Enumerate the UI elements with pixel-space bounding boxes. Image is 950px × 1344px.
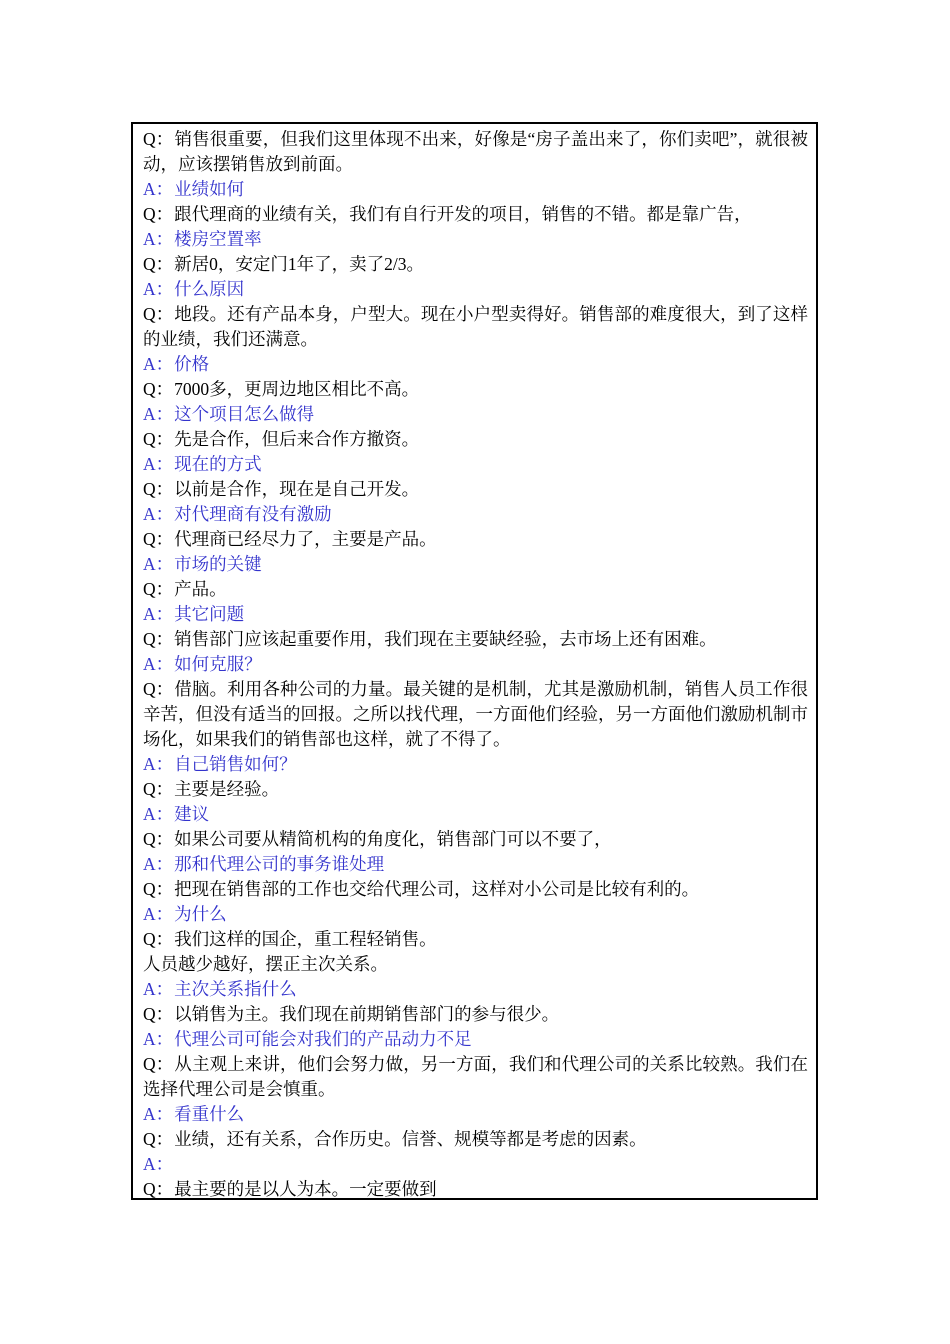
question-prefix: Q： — [143, 679, 174, 699]
question-prefix: Q： — [143, 1054, 174, 1074]
paragraph-text: 人员越少越好，摆正主次关系。 — [143, 954, 388, 974]
question-paragraph: Q：销售部门应该起重要作用，我们现在主要缺经验，去市场上还有困难。 — [143, 627, 808, 652]
paragraph-text: 市场的关键 — [174, 554, 262, 574]
question-paragraph: Q：以前是合作，现在是自己开发。 — [143, 477, 808, 502]
question-prefix: Q： — [143, 529, 174, 549]
question-paragraph: Q：先是合作，但后来合作方撤资。 — [143, 427, 808, 452]
answer-paragraph: A：建议 — [143, 802, 808, 827]
paragraph-text: 建议 — [174, 804, 209, 824]
question-paragraph: Q：业绩，还有关系，合作历史。信誉、规模等都是考虑的因素。 — [143, 1127, 808, 1152]
paragraph-text: 我们这样的国企，重工程轻销售。 — [174, 929, 437, 949]
answer-paragraph: A：楼房空置率 — [143, 227, 808, 252]
paragraph-text: 7000多，更周边地区相比不高。 — [174, 379, 419, 399]
answer-paragraph: A：市场的关键 — [143, 552, 808, 577]
paragraph-text: 以销售为主。我们现在前期销售部门的参与很少。 — [174, 1004, 559, 1024]
answer-prefix: A： — [143, 279, 174, 299]
answer-paragraph: A：价格 — [143, 352, 808, 377]
continuation-paragraph: 人员越少越好，摆正主次关系。 — [143, 952, 808, 977]
answer-prefix: A： — [143, 854, 174, 874]
question-paragraph: Q：跟代理商的业绩有关，我们有自行开发的项目，销售的不错。都是靠广告， — [143, 202, 808, 227]
question-paragraph: Q：销售很重要，但我们这里体现不出来，好像是“房子盖出来了，你们卖吧”，就很被动… — [143, 127, 808, 177]
answer-prefix: A： — [143, 179, 174, 199]
paragraph-text: 楼房空置率 — [174, 229, 262, 249]
question-paragraph: Q：如果公司要从精简机构的角度化，销售部门可以不要了， — [143, 827, 808, 852]
answer-prefix: A： — [143, 554, 174, 574]
paragraph-text: 看重什么 — [174, 1104, 244, 1124]
paragraph-text: 销售很重要，但我们这里体现不出来，好像是“房子盖出来了，你们卖吧”，就很被动，应… — [143, 129, 808, 174]
question-paragraph: Q：新居0，安定门1年了，卖了2/3。 — [143, 252, 808, 277]
paragraph-text: 代理商已经尽力了，主要是产品。 — [174, 529, 437, 549]
answer-paragraph: A：如何克服？ — [143, 652, 808, 677]
answer-paragraph: A：对代理商有没有激励 — [143, 502, 808, 527]
paragraph-text: 业绩如何 — [174, 179, 244, 199]
answer-prefix: A： — [143, 1029, 174, 1049]
answer-prefix: A： — [143, 504, 174, 524]
question-prefix: Q： — [143, 254, 174, 274]
paragraph-text: 业绩，还有关系，合作历史。信誉、规模等都是考虑的因素。 — [174, 1129, 647, 1149]
answer-prefix: A： — [143, 404, 174, 424]
question-paragraph: Q：我们这样的国企，重工程轻销售。 — [143, 927, 808, 952]
answer-paragraph: A：这个项目怎么做得 — [143, 402, 808, 427]
answer-prefix: A： — [143, 454, 174, 474]
paragraph-text: 为什么 — [174, 904, 227, 924]
answer-prefix: A： — [143, 804, 174, 824]
answer-prefix: A： — [143, 229, 174, 249]
paragraph-text: 借脑。利用各种公司的力量。最关键的是机制，尤其是激励机制，销售人员工作很辛苦，但… — [143, 679, 808, 749]
question-prefix: Q： — [143, 579, 174, 599]
paragraph-text: 产品。 — [174, 579, 227, 599]
paragraph-text: 如何克服？ — [174, 654, 262, 674]
paragraph-text: 以前是合作，现在是自己开发。 — [174, 479, 419, 499]
question-prefix: Q： — [143, 829, 174, 849]
question-paragraph: Q：产品。 — [143, 577, 808, 602]
answer-paragraph: A： — [143, 1152, 808, 1177]
question-paragraph: Q：主要是经验。 — [143, 777, 808, 802]
answer-paragraph: A：自己销售如何？ — [143, 752, 808, 777]
question-paragraph: Q：以销售为主。我们现在前期销售部门的参与很少。 — [143, 1002, 808, 1027]
answer-paragraph: A：主次关系指什么 — [143, 977, 808, 1002]
paragraph-text: 现在的方式 — [174, 454, 262, 474]
question-prefix: Q： — [143, 204, 174, 224]
paragraph-text: 从主观上来讲，他们会努力做，另一方面，我们和代理公司的关系比较熟。我们在选择代理… — [143, 1054, 808, 1099]
question-paragraph: Q：借脑。利用各种公司的力量。最关键的是机制，尤其是激励机制，销售人员工作很辛苦… — [143, 677, 808, 752]
answer-prefix: A： — [143, 979, 174, 999]
answer-paragraph: A：现在的方式 — [143, 452, 808, 477]
paragraph-text: 销售部门应该起重要作用，我们现在主要缺经验，去市场上还有困难。 — [174, 629, 717, 649]
paragraph-text: 什么原因 — [174, 279, 244, 299]
paragraph-text: 最主要的是以人为本。一定要做到 — [174, 1179, 437, 1199]
question-paragraph: Q：地段。还有产品本身，户型大。现在小户型卖得好。销售部的难度很大，到了这样的业… — [143, 302, 808, 352]
question-prefix: Q： — [143, 629, 174, 649]
document-page: Q：销售很重要，但我们这里体现不出来，好像是“房子盖出来了，你们卖吧”，就很被动… — [0, 0, 950, 1344]
answer-paragraph: A：其它问题 — [143, 602, 808, 627]
question-prefix: Q： — [143, 1179, 174, 1199]
question-prefix: Q： — [143, 879, 174, 899]
question-prefix: Q： — [143, 129, 174, 149]
paragraph-text: 新居0，安定门1年了，卖了2/3。 — [174, 254, 424, 274]
answer-paragraph: A：什么原因 — [143, 277, 808, 302]
answer-prefix: A： — [143, 604, 174, 624]
paragraph-text: 其它问题 — [174, 604, 244, 624]
question-prefix: Q： — [143, 779, 174, 799]
question-paragraph: Q：最主要的是以人为本。一定要做到 — [143, 1177, 808, 1200]
answer-paragraph: A：业绩如何 — [143, 177, 808, 202]
paragraph-text: 价格 — [174, 354, 209, 374]
answer-paragraph: A：看重什么 — [143, 1102, 808, 1127]
question-prefix: Q： — [143, 379, 174, 399]
answer-prefix: A： — [143, 354, 174, 374]
question-paragraph: Q：7000多，更周边地区相比不高。 — [143, 377, 808, 402]
answer-prefix: A： — [143, 654, 174, 674]
answer-prefix: A： — [143, 754, 174, 774]
question-paragraph: Q：从主观上来讲，他们会努力做，另一方面，我们和代理公司的关系比较熟。我们在选择… — [143, 1052, 808, 1102]
paragraph-text: 这个项目怎么做得 — [174, 404, 314, 424]
answer-prefix: A： — [143, 1154, 174, 1174]
question-prefix: Q： — [143, 429, 174, 449]
answer-paragraph: A：代理公司可能会对我们的产品动力不足 — [143, 1027, 808, 1052]
paragraph-text: 如果公司要从精简机构的角度化，销售部门可以不要了， — [174, 829, 612, 849]
question-prefix: Q： — [143, 479, 174, 499]
qa-transcript: Q：销售很重要，但我们这里体现不出来，好像是“房子盖出来了，你们卖吧”，就很被动… — [131, 122, 818, 1200]
answer-prefix: A： — [143, 904, 174, 924]
paragraph-text: 代理公司可能会对我们的产品动力不足 — [174, 1029, 472, 1049]
question-prefix: Q： — [143, 1129, 174, 1149]
paragraph-text: 主次关系指什么 — [174, 979, 297, 999]
question-prefix: Q： — [143, 929, 174, 949]
question-paragraph: Q：代理商已经尽力了，主要是产品。 — [143, 527, 808, 552]
question-prefix: Q： — [143, 304, 174, 324]
paragraph-text: 主要是经验。 — [174, 779, 279, 799]
answer-paragraph: A：那和代理公司的事务谁处理 — [143, 852, 808, 877]
answer-prefix: A： — [143, 1104, 174, 1124]
question-prefix: Q： — [143, 1004, 174, 1024]
paragraph-text: 跟代理商的业绩有关，我们有自行开发的项目，销售的不错。都是靠广告， — [174, 204, 752, 224]
paragraph-text: 自己销售如何？ — [174, 754, 297, 774]
paragraph-text: 对代理商有没有激励 — [174, 504, 332, 524]
question-paragraph: Q：把现在销售部的工作也交给代理公司，这样对小公司是比较有利的。 — [143, 877, 808, 902]
paragraph-text: 把现在销售部的工作也交给代理公司，这样对小公司是比较有利的。 — [174, 879, 699, 899]
answer-paragraph: A：为什么 — [143, 902, 808, 927]
paragraph-text: 先是合作，但后来合作方撤资。 — [174, 429, 419, 449]
paragraph-text: 地段。还有产品本身，户型大。现在小户型卖得好。销售部的难度很大，到了这样的业绩，… — [143, 304, 808, 349]
paragraph-text: 那和代理公司的事务谁处理 — [174, 854, 384, 874]
